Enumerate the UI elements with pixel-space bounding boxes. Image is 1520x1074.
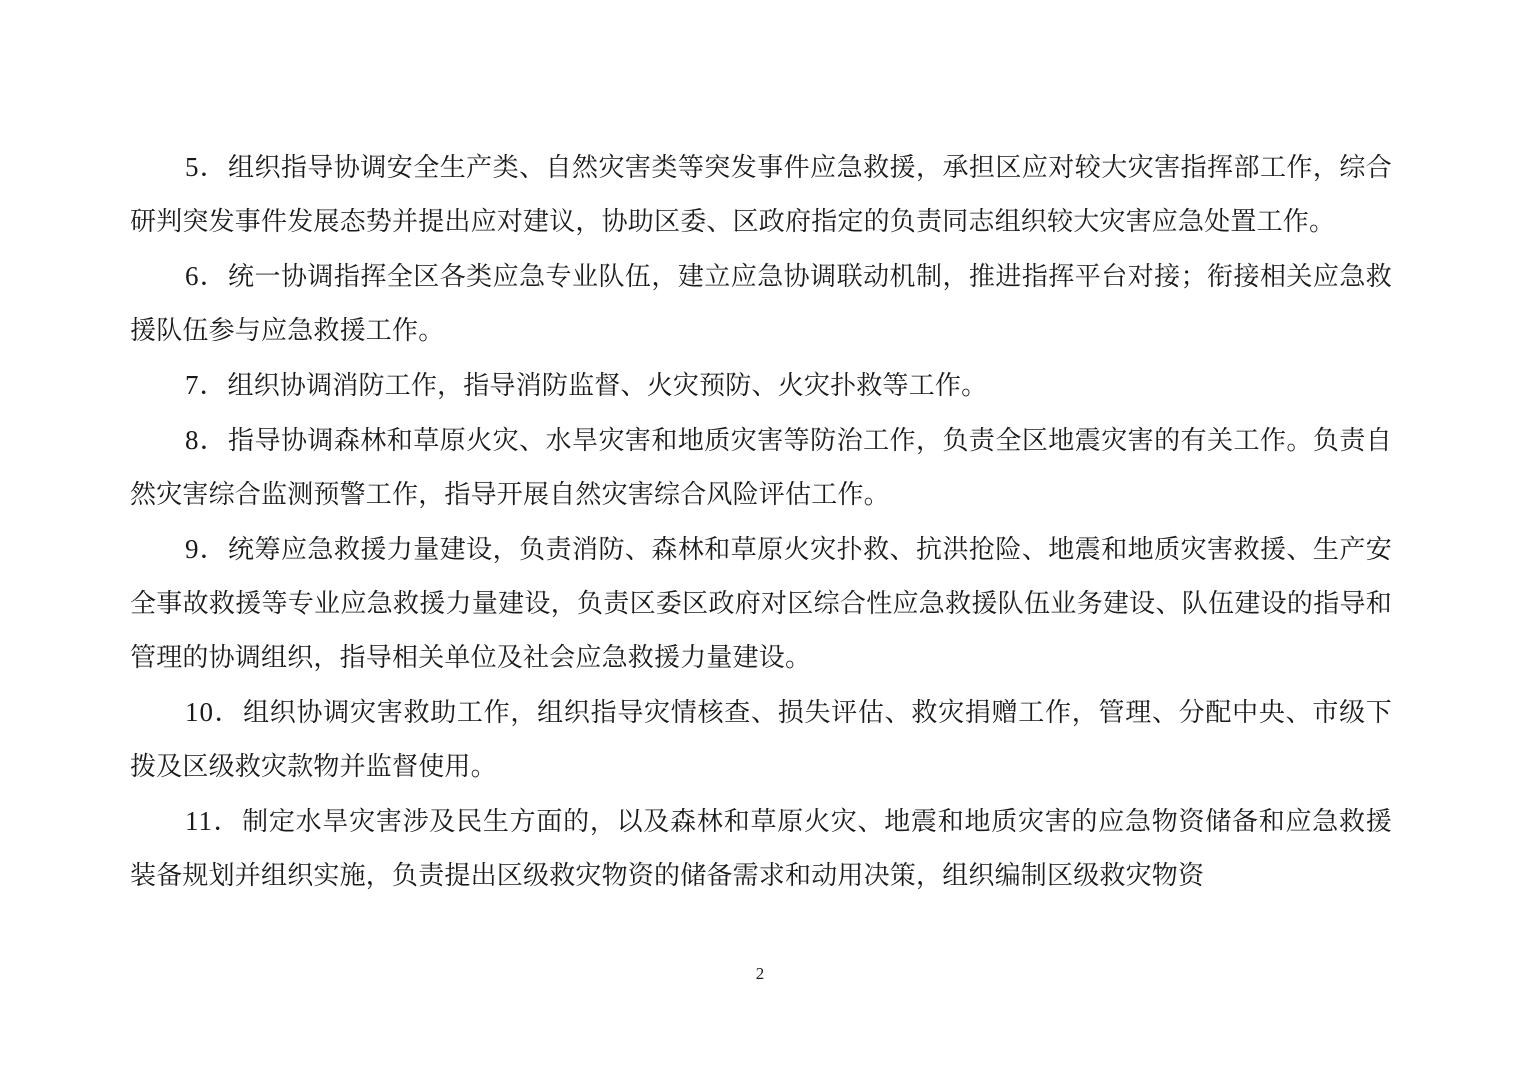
item-number: 6． [185, 261, 228, 291]
item-text: 统筹应急救援力量建设，负责消防、森林和草原火灾扑救、抗洪抢险、地震和地质灾害救援… [130, 535, 1392, 673]
item-text: 组织协调消防工作，指导消防监督、火灾预防、火灾扑救等工作。 [228, 371, 988, 401]
item-number: 7． [185, 370, 228, 400]
paragraph-item-8: 8．指导协调森林和草原火灾、水旱灾害和地质灾害等防治工作，负责全区地震灾害的有关… [130, 413, 1392, 522]
paragraph-item-11: 11．制定水旱灾害涉及民生方面的，以及森林和草原火灾、地震和地质灾害的应急物资储… [130, 794, 1392, 903]
item-text: 统一协调指挥全区各类应急专业队伍，建立应急协调联动机制，推进指挥平台对接；衔接相… [130, 262, 1392, 346]
item-number: 10． [185, 697, 243, 727]
document-body: 5．组织指导协调安全生产类、自然灾害类等突发事件应急救援，承担区应对较大灾害指挥… [130, 140, 1392, 903]
item-number: 5． [185, 152, 228, 182]
paragraph-item-10: 10．组织协调灾害救助工作，组织指导灾情核查、损失评估、救灾捐赠工作，管理、分配… [130, 685, 1392, 794]
item-number: 8． [185, 425, 228, 455]
paragraph-item-9: 9．统筹应急救援力量建设，负责消防、森林和草原火灾扑救、抗洪抢险、地震和地质灾害… [130, 522, 1392, 685]
item-text: 组织指导协调安全生产类、自然灾害类等突发事件应急救援，承担区应对较大灾害指挥部工… [130, 153, 1392, 237]
item-text: 制定水旱灾害涉及民生方面的，以及森林和草原火灾、地震和地质灾害的应急物资储备和应… [130, 807, 1392, 891]
paragraph-item-6: 6．统一协调指挥全区各类应急专业队伍，建立应急协调联动机制，推进指挥平台对接；衔… [130, 249, 1392, 358]
paragraph-item-5: 5．组织指导协调安全生产类、自然灾害类等突发事件应急救援，承担区应对较大灾害指挥… [130, 140, 1392, 249]
item-text: 指导协调森林和草原火灾、水旱灾害和地质灾害等防治工作，负责全区地震灾害的有关工作… [130, 426, 1392, 510]
item-number: 11． [185, 806, 242, 836]
paragraph-item-7: 7．组织协调消防工作，指导消防监督、火灾预防、火灾扑救等工作。 [130, 358, 1392, 413]
page-number: 2 [0, 964, 1520, 984]
item-number: 9． [185, 534, 228, 564]
item-text: 组织协调灾害救助工作，组织指导灾情核查、损失评估、救灾捐赠工作，管理、分配中央、… [130, 698, 1392, 782]
